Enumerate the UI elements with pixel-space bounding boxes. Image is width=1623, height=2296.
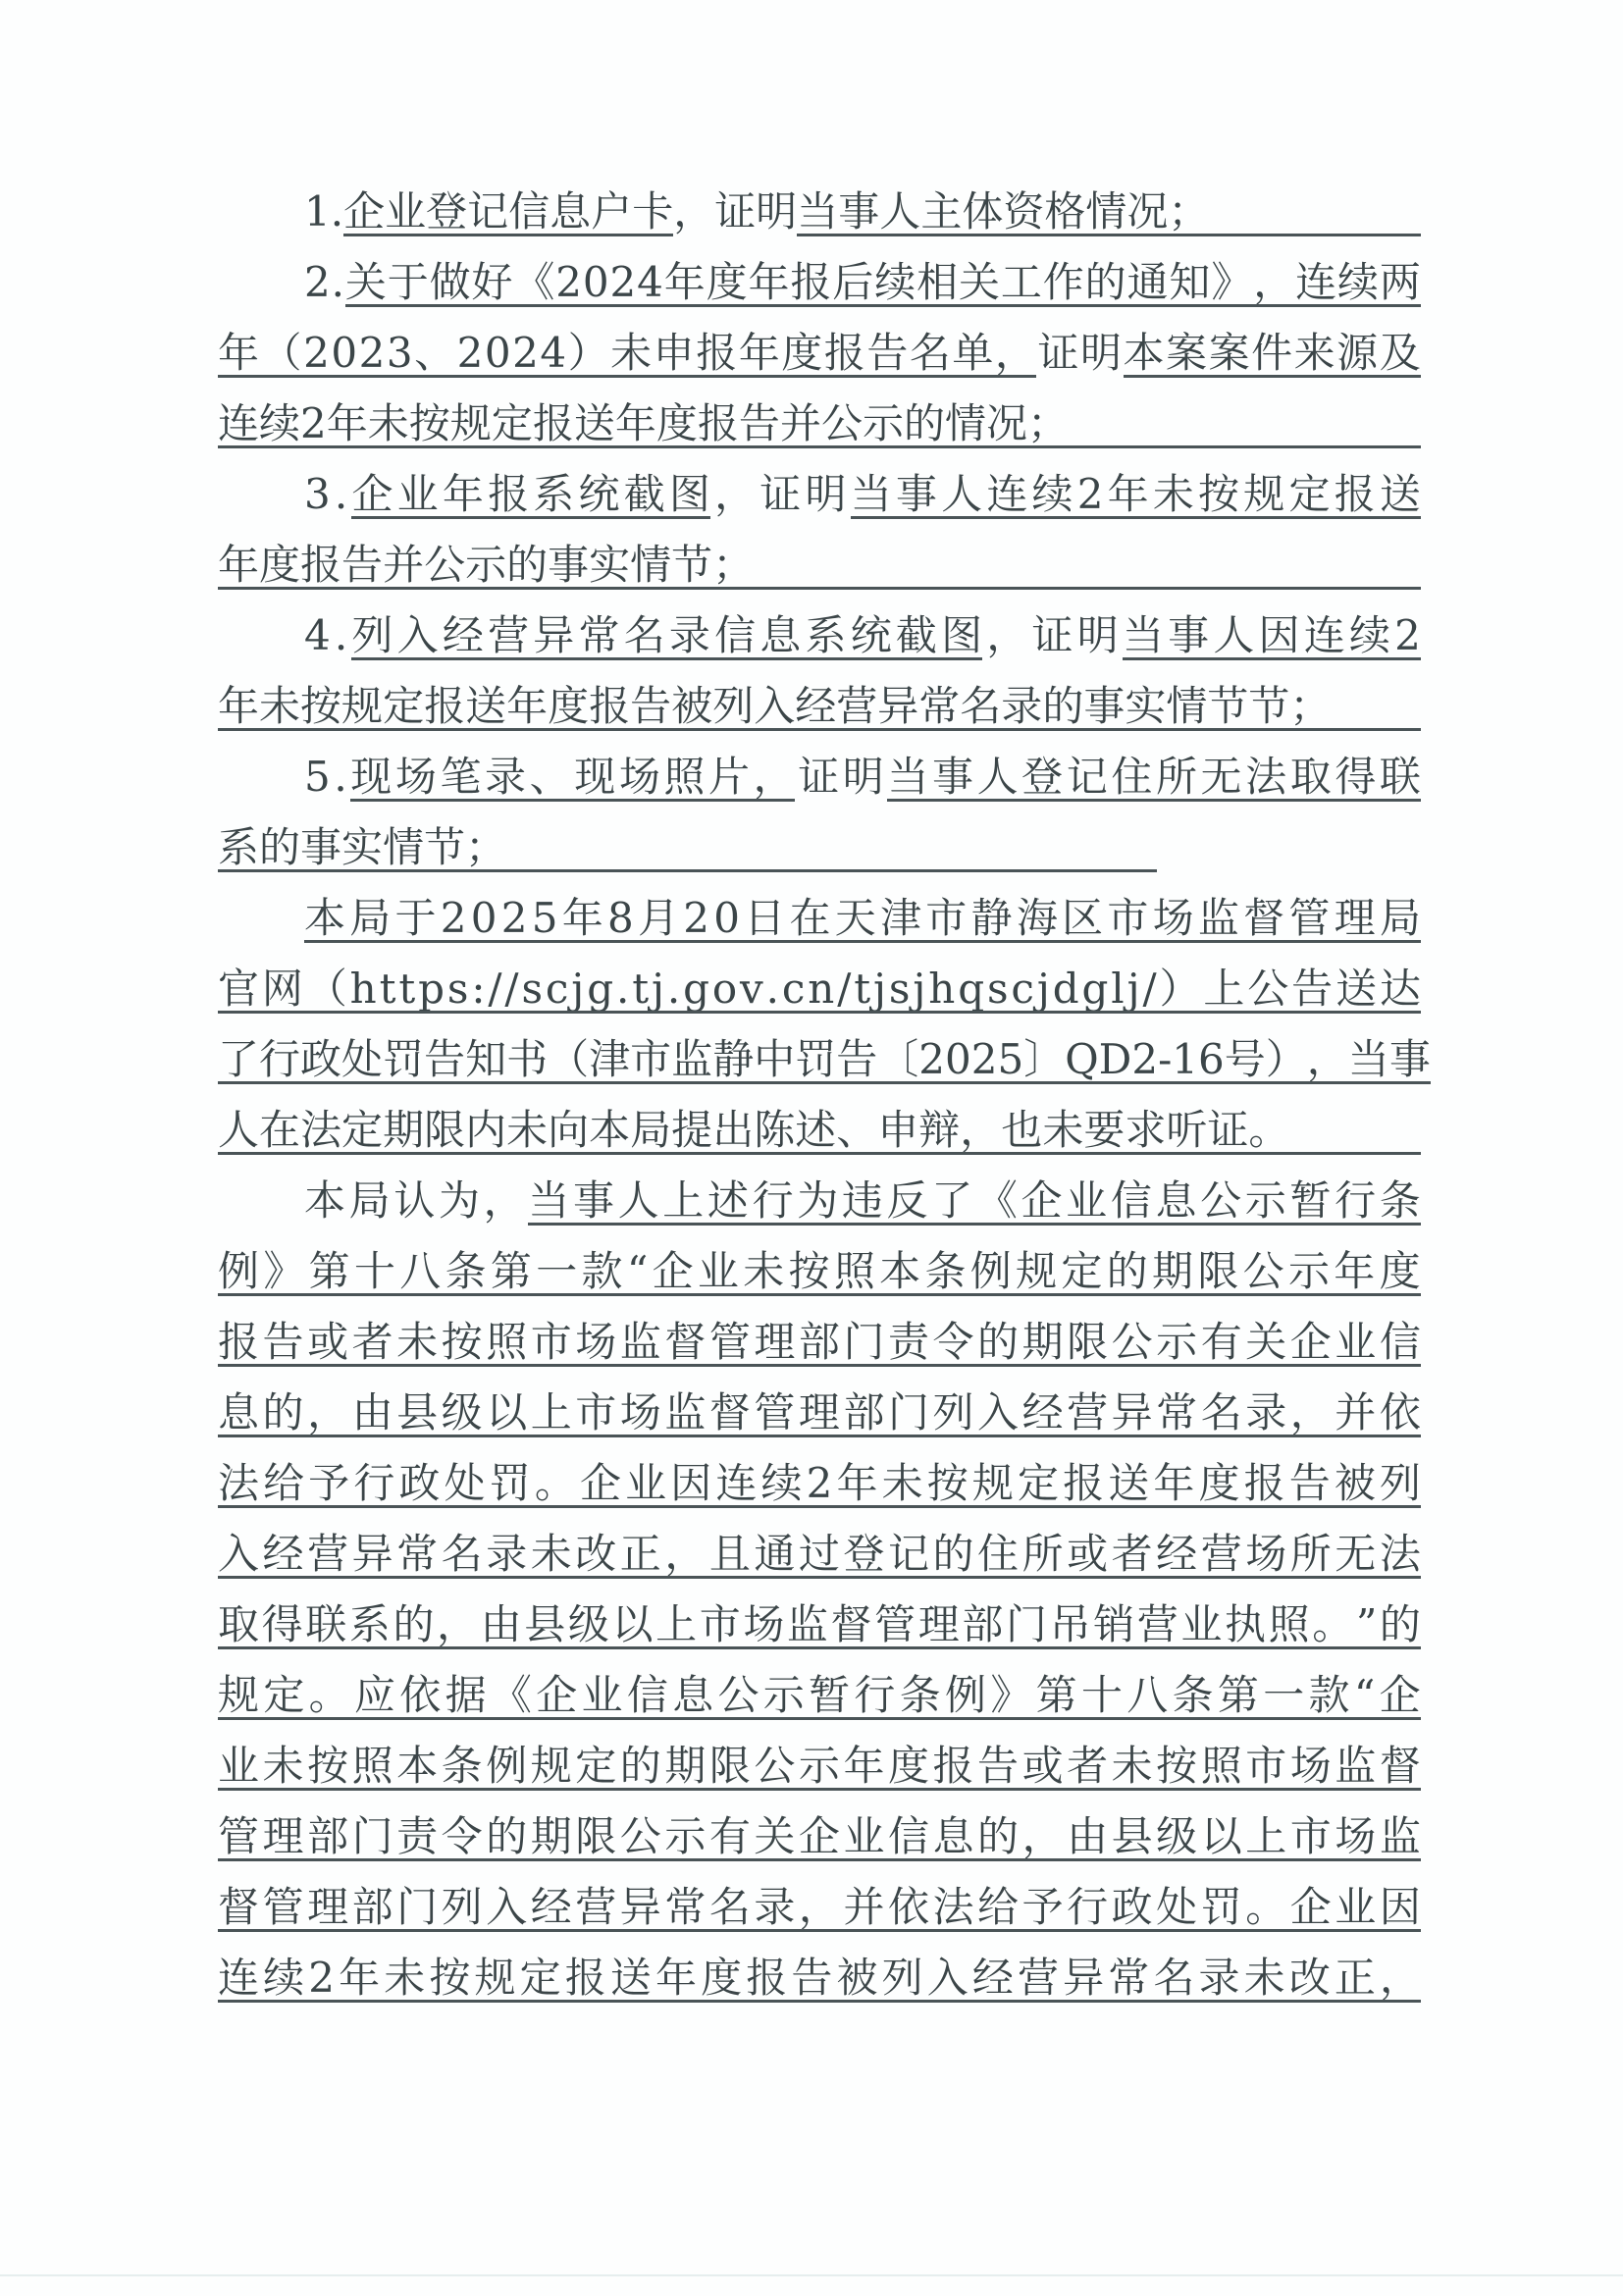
underlined-char: 做 <box>430 255 471 310</box>
underlined-char: 续 <box>1349 608 1390 663</box>
underlined-char: 陈 <box>754 1103 795 1158</box>
underlined-char: 门 <box>352 1809 393 1864</box>
underlined-char: 监 <box>620 1315 661 1370</box>
underlined-char: 按 <box>1198 467 1239 522</box>
underlined-char: 期 <box>1022 1315 1064 1370</box>
underlined-char: 告 <box>630 679 671 734</box>
underlined-char: 理 <box>918 1597 960 1652</box>
underlined-char: 度 <box>707 255 748 310</box>
underlined-char: 取 <box>218 1597 259 1652</box>
underlined-char: 年 <box>843 1739 884 1794</box>
underline <box>218 1152 1289 1155</box>
underlined-char: 案 <box>1209 326 1250 381</box>
underlined-char: 条 <box>1173 1668 1214 1723</box>
underlined-char: 规 <box>1243 467 1284 522</box>
underlined-char: 部 <box>307 1809 348 1864</box>
underlined-char: 改 <box>1289 1951 1331 2006</box>
underlined-char: 政 <box>399 1456 441 1511</box>
underlined-char: 企 <box>1380 1668 1421 1723</box>
underlined-char: 业 <box>582 1668 623 1723</box>
text-line: 本局认为，当事人上述行为违反了《企业信息公示暂行条 <box>304 1174 1421 1228</box>
underlined-char: / <box>504 962 518 1017</box>
underlined-char: 部 <box>799 1315 840 1370</box>
underlined-char: 2 <box>359 326 386 381</box>
underline <box>351 657 982 660</box>
underlined-char: 并 <box>1335 1385 1376 1440</box>
underlined-char: 资 <box>1003 184 1044 239</box>
underlined-char: 理 <box>799 1385 840 1440</box>
underlined-char: 2 <box>1131 1032 1158 1087</box>
underlined-char: 信 <box>1380 1315 1421 1370</box>
text-line: 1.企业登记信息户卡，证明当事人主体资格情况； <box>304 184 1421 239</box>
underlined-char: 场 <box>743 1597 784 1652</box>
underlined-char: 的 <box>259 820 300 875</box>
underlined-char: ； <box>712 538 754 593</box>
underlined-char: 实 <box>1125 679 1166 734</box>
underlined-char: 向 <box>548 1103 589 1158</box>
underlined-char: 异 <box>620 1880 661 1935</box>
underline <box>218 1505 1421 1508</box>
underlined-char: 或 <box>1022 1739 1064 1794</box>
underlined-char: 了 <box>218 1032 259 1087</box>
underlined-char: 联 <box>1380 750 1421 805</box>
underlined-char: 来 <box>1294 326 1335 381</box>
underlined-char: ， <box>437 1597 478 1652</box>
underlined-char: 中 <box>754 1032 795 1087</box>
underlined-char: 2 <box>555 255 582 310</box>
underlined-char: ， <box>799 1880 840 1935</box>
underlined-char: 在 <box>259 1103 300 1158</box>
underlined-char: 业 <box>385 184 426 239</box>
underlined-char: ， <box>1307 1032 1348 1087</box>
underlined-char: 名 <box>1153 1951 1194 2006</box>
underlined-char: 8 <box>607 891 634 946</box>
underlined-char: 入 <box>397 608 439 663</box>
underlined-char: 出 <box>712 1103 754 1158</box>
underlined-char: 县 <box>1112 1809 1153 1864</box>
underlined-char: 理 <box>263 1809 304 1864</box>
underlined-char: 因 <box>1380 1880 1421 1935</box>
underlined-char: 年 <box>443 467 484 522</box>
underlined-char: 0 <box>713 891 740 946</box>
underlined-char: 规 <box>450 396 492 451</box>
text-line: 连续2年未按规定报送年度报告并公示的情况； <box>218 396 1421 451</box>
underlined-char: 节 <box>671 538 712 593</box>
underlined-char: 2 <box>308 1951 335 2006</box>
underline-fill <box>754 587 1421 590</box>
underlined-char: 规 <box>341 679 383 734</box>
underlined-char: g <box>587 962 613 1017</box>
underlined-char: t <box>632 962 649 1017</box>
underlined-char: 营 <box>836 679 877 734</box>
underlined-char: 未 <box>743 1244 784 1299</box>
underlined-char: 据 <box>445 1668 487 1723</box>
underlined-char: 3 <box>387 326 413 381</box>
underlined-char: 续 <box>263 1951 304 2006</box>
underlined-char: 格 <box>1044 184 1085 239</box>
underlined-char: 上 <box>1203 962 1244 1017</box>
underlined-char: 关 <box>754 1809 795 1864</box>
underlined-char: 当 <box>851 467 892 522</box>
underlined-char: . <box>616 962 629 1017</box>
underlined-char: 海 <box>1017 891 1058 946</box>
underlined-char: 处 <box>1156 1880 1197 1935</box>
underlined-char: 按 <box>300 679 341 734</box>
underlined-char: 登 <box>426 184 467 239</box>
underlined-char: 监 <box>1335 1739 1376 1794</box>
underline <box>528 1223 1420 1226</box>
underlined-char: 提 <box>671 1103 712 1158</box>
char: 证 <box>1032 608 1073 663</box>
char: ， <box>714 467 756 522</box>
underlined-char: 户 <box>591 184 632 239</box>
underlined-char: 告 <box>1291 962 1333 1017</box>
underlined-char: 营 <box>307 1527 348 1582</box>
underlined-char: 定 <box>575 1739 616 1794</box>
underlined-char: 录 <box>669 608 710 663</box>
text-line: 4.列入经营异常名录信息系统截图，证明当事人因连续2 <box>304 608 1421 663</box>
underlined-char: 当 <box>528 1174 569 1228</box>
underlined-char: 日 <box>744 891 785 946</box>
underlined-char: 定 <box>341 1103 383 1158</box>
underlined-char: 连 <box>218 396 259 451</box>
underlined-char: 款 <box>582 1244 623 1299</box>
underlined-char: 的 <box>620 1739 661 1794</box>
underlined-char: 的 <box>1085 255 1126 310</box>
underlined-char: 监 <box>1198 891 1239 946</box>
char: ， <box>484 1174 525 1228</box>
underlined-char: 八 <box>1126 1668 1168 1723</box>
underlined-char: 部 <box>352 1880 393 1935</box>
underlined-char: 行 <box>753 1174 794 1228</box>
underlined-char: 应 <box>354 1668 395 1723</box>
underlined-char: 并 <box>383 538 424 593</box>
underlined-char: h <box>350 962 377 1017</box>
underlined-char: 依 <box>399 1668 441 1723</box>
underlined-char: 按 <box>442 1315 483 1370</box>
underlined-char: . <box>766 962 779 1017</box>
underlined-char: / <box>837 962 851 1017</box>
underlined-char: 《 <box>976 1174 1018 1228</box>
char: . <box>331 184 343 239</box>
underlined-char: ， <box>960 1103 1001 1158</box>
underlined-char: 信 <box>714 608 756 663</box>
underlined-char: 本 <box>304 891 345 946</box>
underlined-char: 者 <box>1067 1739 1108 1794</box>
underlined-char: ； <box>465 820 506 875</box>
underline <box>218 1364 1421 1367</box>
underlined-char: 2 <box>918 1032 945 1087</box>
underlined-char: 县 <box>524 1597 565 1652</box>
underlined-char: 年 <box>218 679 259 734</box>
char: . <box>335 467 347 522</box>
underlined-char: g <box>683 962 709 1017</box>
underlined-char: 未 <box>368 396 409 451</box>
underline <box>351 516 709 519</box>
underlined-char: 名 <box>709 1880 751 1935</box>
underlined-char: 条 <box>1380 1174 1421 1228</box>
underlined-char: 告 <box>836 1032 877 1087</box>
underlined-char: 息 <box>672 1668 713 1723</box>
underlined-char: 列 <box>882 1951 923 2006</box>
underlined-char: 人 <box>618 1174 659 1228</box>
underlined-char: 由 <box>1067 1809 1108 1864</box>
underlined-char: 报 <box>698 396 739 451</box>
underlined-char: 联 <box>305 1597 346 1652</box>
underlined-char: 依 <box>1380 1385 1421 1440</box>
underlined-char: 反 <box>887 1174 928 1228</box>
underlined-char: 人 <box>977 750 1019 805</box>
underlined-char: 的 <box>1380 1597 1421 1652</box>
underline <box>218 445 1069 448</box>
underlined-char: 实 <box>589 538 630 593</box>
underlined-char: 营 <box>1201 1527 1242 1582</box>
underlined-char: 《 <box>491 1668 532 1723</box>
underlined-char: 被 <box>836 1951 877 2006</box>
underlined-char: 期 <box>1152 1244 1193 1299</box>
underlined-char: 公 <box>1200 1174 1241 1228</box>
underlined-char: 辩 <box>918 1103 960 1158</box>
underlined-char: 本 <box>1124 326 1165 381</box>
underlined-char: 4 <box>637 255 663 310</box>
underlined-char: g <box>1081 962 1108 1017</box>
text-line: 业未按照本条例规定的期限公示年度报告或者未按照市场监督 <box>218 1739 1421 1794</box>
text-line: 年（2023、2024）未申报年度报告名单，证明本案案件来源及 <box>218 326 1421 381</box>
underline <box>851 516 1421 519</box>
underlined-char: 示 <box>863 396 904 451</box>
underlined-char: 。 <box>535 1456 576 1511</box>
underline <box>218 587 754 590</box>
underlined-char: 营 <box>575 1880 616 1935</box>
underlined-char: 体 <box>962 184 1003 239</box>
underlined-char: 于 <box>395 891 437 946</box>
underlined-char: 度 <box>1380 1244 1421 1299</box>
underlined-char: 〕 <box>1023 1032 1065 1087</box>
underlined-char: 被 <box>671 679 712 734</box>
underlined-char: 且 <box>709 1527 751 1582</box>
char: 2 <box>304 255 331 310</box>
underlined-char: 报 <box>1244 1456 1285 1511</box>
underlined-char: 改 <box>575 1527 616 1582</box>
char: 明 <box>1077 608 1119 663</box>
underlined-char: 年 <box>1334 1244 1375 1299</box>
underlined-char: 正 <box>620 1527 661 1582</box>
underlined-char: ， <box>664 1527 706 1582</box>
underlined-char: 责 <box>888 1315 929 1370</box>
underlined-char: 5 <box>532 891 558 946</box>
underlined-char: 要 <box>1083 1103 1125 1158</box>
underlined-char: 期 <box>531 1809 572 1864</box>
underlined-char: 未 <box>531 1527 572 1582</box>
underlined-char: 例 <box>486 1739 527 1794</box>
underlined-char: 津 <box>880 891 921 946</box>
underlined-char: h <box>928 962 955 1017</box>
underlined-char: 天 <box>835 891 876 946</box>
underlined-char: 情 <box>1166 679 1207 734</box>
text-line: 了行政处罚告知书（津市监静中罚告〔2025〕QD2-16号），当事 <box>218 1032 1421 1087</box>
underlined-char: 示 <box>1288 1244 1330 1299</box>
underlined-char: 吊 <box>1050 1597 1091 1652</box>
underline <box>218 728 1331 731</box>
underlined-char: 报 <box>533 396 574 451</box>
underlined-char: 年 <box>655 1951 697 2006</box>
underlined-char: 督 <box>1243 891 1284 946</box>
underlined-char: 第 <box>1036 1668 1077 1723</box>
underlined-char: 告 <box>341 538 383 593</box>
underlined-char: ” <box>1356 1597 1377 1652</box>
underlined-char: 上 <box>531 1385 572 1440</box>
underlined-char: 片 <box>708 750 750 805</box>
underlined-char: 定 <box>1061 1244 1102 1299</box>
underlined-char: ， <box>307 1385 348 1440</box>
underlined-char: 事 <box>548 538 589 593</box>
underlined-char: - <box>1158 1032 1172 1087</box>
char: ， <box>673 184 714 239</box>
underlined-char: v <box>740 962 763 1017</box>
underlined-char: 取 <box>1290 750 1332 805</box>
underlined-char: 事 <box>1083 679 1125 734</box>
underlined-char: ； <box>1168 184 1209 239</box>
underlined-char: 企 <box>653 1244 694 1299</box>
char: 5 <box>304 750 331 805</box>
underlined-char: 因 <box>1259 608 1300 663</box>
underlined-char: 告 <box>866 326 908 381</box>
underlined-char: 无 <box>1201 750 1242 805</box>
underlined-char: 名 <box>624 608 665 663</box>
underlined-char: 报 <box>790 255 831 310</box>
underlined-char: 现 <box>350 750 392 805</box>
underlined-char: 记 <box>1067 750 1108 805</box>
underlined-char: 录 <box>1001 679 1042 734</box>
underlined-char: 及 <box>1380 326 1421 381</box>
underlined-char: 卡 <box>632 184 673 239</box>
underlined-char: 管 <box>709 1315 751 1370</box>
underlined-char: 常 <box>578 608 619 663</box>
underlined-char: 2 <box>807 1456 833 1511</box>
text-line: 官网（https://scjg.tj.gov.cn/tjsjhqscjdglj/… <box>218 962 1421 1017</box>
underlined-char: 政 <box>1112 1880 1153 1935</box>
underlined-char: 津 <box>589 1032 630 1087</box>
underlined-char: 年 <box>339 1951 380 2006</box>
underlined-char: 年 <box>664 255 706 310</box>
underlined-char: 》 <box>990 1668 1031 1723</box>
underlined-char: 所 <box>1156 750 1197 805</box>
underlined-char: ） <box>568 326 609 381</box>
underlined-char: 主 <box>920 184 962 239</box>
underlined-char: 上 <box>1245 1809 1286 1864</box>
underlined-char: 年 <box>1108 467 1149 522</box>
underlined-char: 监 <box>787 1597 828 1652</box>
underline <box>350 799 794 802</box>
underlined-char: 关 <box>959 255 1000 310</box>
underlined-char: 源 <box>1336 326 1378 381</box>
underlined-char: 督 <box>1380 1739 1421 1794</box>
underlined-char: 予 <box>1022 1880 1064 1935</box>
underlined-char: 暂 <box>1289 1174 1331 1228</box>
underlined-char: 、 <box>414 326 455 381</box>
underlined-char: 年 <box>749 255 790 310</box>
underlined-char: 报 <box>218 1315 259 1370</box>
underline-fill <box>1069 445 1421 448</box>
underlined-char: 按 <box>307 1739 348 1794</box>
underlined-char: 。 <box>1312 1597 1353 1652</box>
char: . <box>335 608 347 663</box>
underlined-char: 企 <box>536 1668 577 1723</box>
char: 证 <box>1037 326 1078 381</box>
underlined-char: 当 <box>797 184 838 239</box>
underlined-char: 年 <box>218 326 259 381</box>
underlined-char: 按 <box>1156 1739 1197 1794</box>
underlined-char: ； <box>1289 679 1331 734</box>
underlined-char: 、 <box>530 750 571 805</box>
underlined-char: 处 <box>341 1032 383 1087</box>
underlined-char: 报 <box>589 679 630 734</box>
underlined-char: 列 <box>1380 1456 1421 1511</box>
underlined-char: 。 <box>1245 1880 1286 1935</box>
char: 明 <box>806 467 847 522</box>
underlined-char: 规 <box>474 1951 515 2006</box>
char: . <box>334 750 346 805</box>
underlined-char: 网 <box>262 962 303 1017</box>
underlined-char: 按 <box>927 1456 969 1511</box>
underlined-char: 入 <box>218 1527 259 1582</box>
underlined-char: 门 <box>843 1315 884 1370</box>
underlined-char: 本 <box>879 1244 920 1299</box>
underlined-char: 市 <box>925 891 967 946</box>
underlined-char: 息 <box>218 1385 259 1440</box>
underlined-char: 督 <box>709 1385 751 1440</box>
underlined-char: 的 <box>263 1385 304 1440</box>
underline <box>218 1788 1421 1791</box>
underlined-char: 被 <box>1335 1456 1376 1511</box>
underlined-char: 管 <box>874 1597 916 1652</box>
underlined-char: 报 <box>488 467 529 522</box>
text-line: 法给予行政处罚。企业因连续2年未按规定报送年度报告被列 <box>218 1456 1421 1511</box>
underlined-char: 记 <box>467 184 508 239</box>
underlined-char: 照 <box>486 1315 527 1370</box>
underlined-char: 2 <box>441 891 467 946</box>
underlined-char: j <box>652 962 664 1017</box>
underlined-char: 门 <box>888 1385 929 1440</box>
underlined-char: 公 <box>424 538 465 593</box>
char: 明 <box>843 750 884 805</box>
underlined-char: 系 <box>533 467 574 522</box>
underlined-char: 督 <box>831 1597 872 1652</box>
underlined-char: 送 <box>574 396 615 451</box>
underlined-char: 情 <box>945 396 986 451</box>
underlined-char: 部 <box>843 1385 884 1440</box>
underlined-char: 事 <box>838 184 879 239</box>
underlined-char: 市 <box>1245 1739 1286 1794</box>
underlined-char: 业 <box>397 467 439 522</box>
underlined-char: 名 <box>960 679 1001 734</box>
underlined-char: 无 <box>1335 1527 1376 1582</box>
underlined-char: 照 <box>1201 1739 1242 1794</box>
underlined-char: 企 <box>343 184 385 239</box>
underlined-char: 给 <box>263 1456 304 1511</box>
underlined-char: 1 <box>1172 1032 1198 1087</box>
underlined-char: 的 <box>506 538 548 593</box>
underlined-char: ， <box>1253 255 1294 310</box>
underlined-char: 一 <box>1263 1668 1304 1723</box>
underlined-char: 照 <box>663 750 705 805</box>
underlined-char: 录 <box>754 1880 795 1935</box>
underlined-char: 公 <box>1243 1244 1284 1299</box>
underlined-char: 告 <box>739 396 780 451</box>
underlined-char: / <box>1142 962 1156 1017</box>
underlined-char: 图 <box>669 467 710 522</box>
underlined-char: 的 <box>1107 1244 1148 1299</box>
